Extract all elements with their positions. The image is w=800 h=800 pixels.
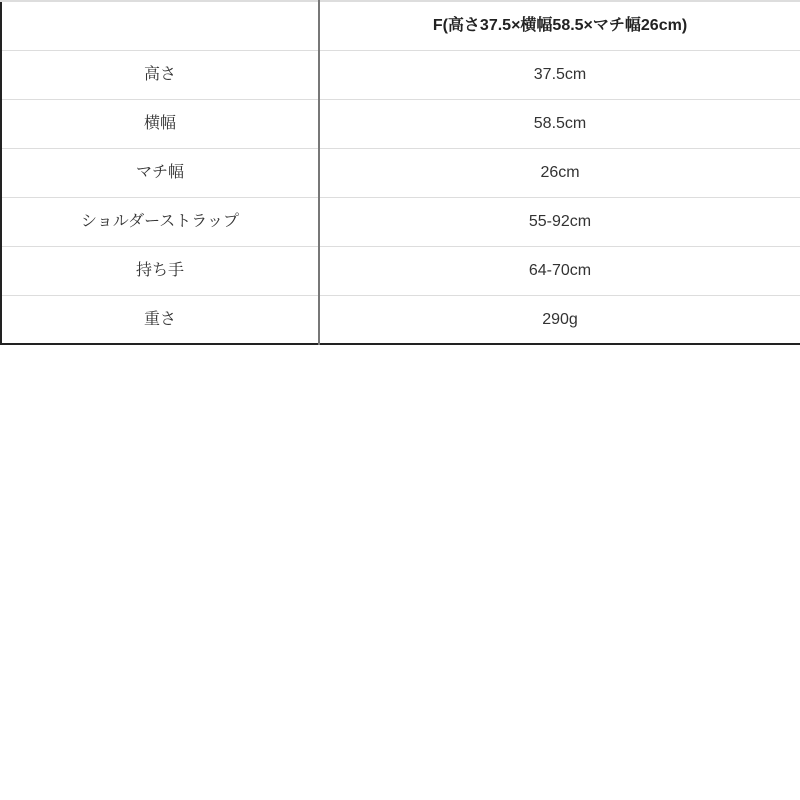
table-header-row: F(高さ37.5×横幅58.5×マチ幅26cm) (1, 1, 800, 50)
table-row: 重さ 290g (1, 295, 800, 344)
spec-value-weight: 290g (319, 295, 800, 344)
size-header-cell: F(高さ37.5×横幅58.5×マチ幅26cm) (319, 1, 800, 50)
spec-value-height: 37.5cm (319, 50, 800, 99)
table-row: 横幅 58.5cm (1, 99, 800, 148)
table-row: ショルダーストラップ 55-92cm (1, 197, 800, 246)
spec-label-weight: 重さ (1, 295, 319, 344)
spec-value-width: 58.5cm (319, 99, 800, 148)
table-row: 持ち手 64-70cm (1, 246, 800, 295)
spec-label-height: 高さ (1, 50, 319, 99)
table-row: 高さ 37.5cm (1, 50, 800, 99)
spec-value-gusset: 26cm (319, 148, 800, 197)
size-spec-table: F(高さ37.5×横幅58.5×マチ幅26cm) 高さ 37.5cm 横幅 58… (0, 0, 800, 345)
spec-value-shoulder-strap: 55-92cm (319, 197, 800, 246)
page: F(高さ37.5×横幅58.5×マチ幅26cm) 高さ 37.5cm 横幅 58… (0, 0, 800, 800)
header-empty-cell (1, 1, 319, 50)
spec-label-shoulder-strap: ショルダーストラップ (1, 197, 319, 246)
spec-value-handle: 64-70cm (319, 246, 800, 295)
table-row: マチ幅 26cm (1, 148, 800, 197)
spec-label-width: 横幅 (1, 99, 319, 148)
spec-label-gusset: マチ幅 (1, 148, 319, 197)
spec-label-handle: 持ち手 (1, 246, 319, 295)
